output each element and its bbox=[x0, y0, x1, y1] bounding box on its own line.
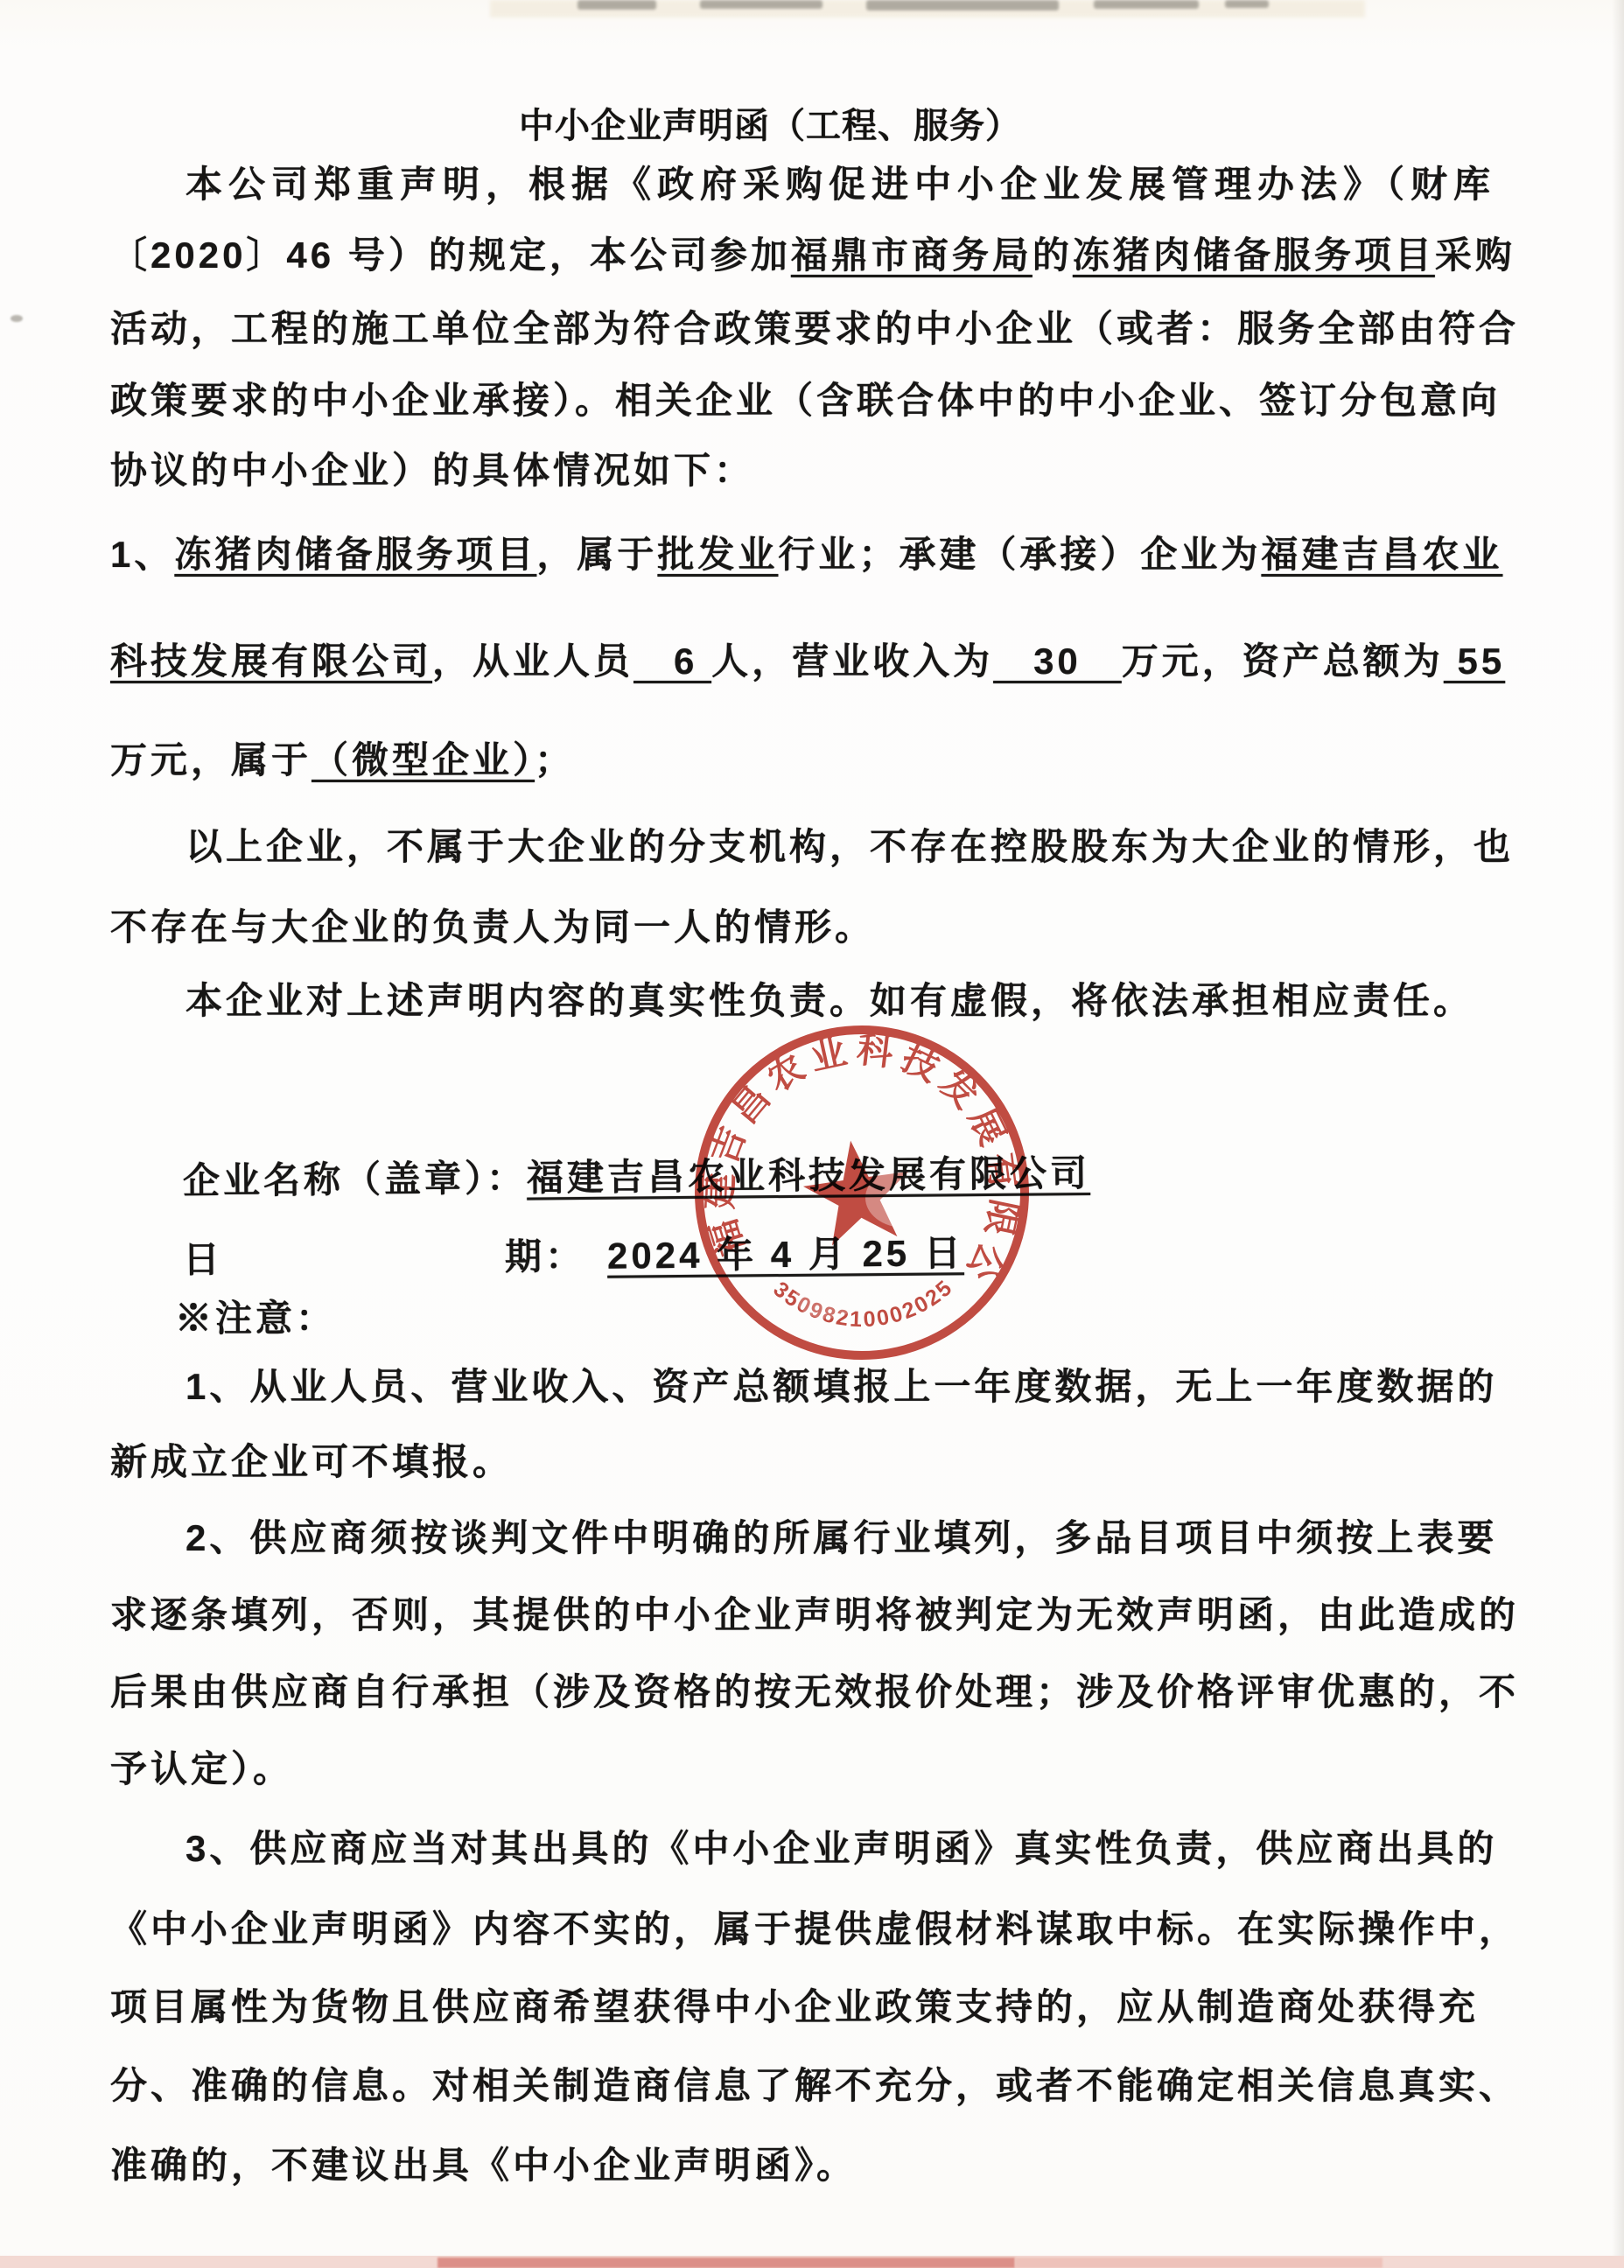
seal-company-text: 福建吉昌农业科技发展有限公司 bbox=[699, 1029, 1025, 1293]
text-segment: 〔2020〕46 号）的规定，本公司参加 bbox=[110, 234, 791, 276]
scan-artifact bbox=[1225, 0, 1269, 8]
text-segment: 采购 bbox=[1435, 234, 1515, 276]
text-line: 3、供应商应当对其出具的《中小企业声明函》真实性负责，供应商出具的 bbox=[185, 1826, 1497, 1872]
scan-edge-shading bbox=[1612, 0, 1624, 2268]
text-segment: 以上企业，不属于大企业的分支机构，不存在控股股东为大企业的情形，也 bbox=[185, 826, 1514, 867]
text-segment: 不存在与大企业的负责人为同一人的情形。 bbox=[110, 906, 875, 948]
text-line: 政策要求的中小企业承接）。相关企业（含联合体中的中小企业、签订分包意向 bbox=[110, 378, 1501, 423]
underlined-text: 批发业 bbox=[657, 534, 778, 575]
text-segment: 日 期： bbox=[183, 1235, 607, 1280]
text-line: 本公司郑重声明，根据《政府采购促进中小企业发展管理办法》（财库 bbox=[185, 162, 1496, 207]
document-page: 中小企业声明函（工程、服务） 本公司郑重声明，根据《政府采购促进中小企业发展管理… bbox=[0, 0, 1624, 2268]
text-segment: ； bbox=[535, 739, 575, 780]
text-segment: 求逐条填列，否则，其提供的中小企业声明将被判定为无效声明函，由此造成的 bbox=[110, 1594, 1519, 1635]
text-line: 不存在与大企业的负责人为同一人的情形。 bbox=[110, 905, 875, 950]
seal-ink-fade bbox=[795, 1277, 858, 1319]
scan-bottom-edge bbox=[437, 2257, 1015, 2268]
text-line: 科技发展有限公司，从业人员 6 人，营业收入为 30 万元，资产总额为 55 bbox=[110, 639, 1505, 684]
scan-artifact bbox=[1094, 0, 1199, 9]
underlined-text: 55 bbox=[1444, 640, 1505, 682]
text-segment: 人，营业收入为 bbox=[711, 640, 993, 682]
text-segment: 《中小企业声明函》内容不实的，属于提供虚假材料谋取中标。在实际操作中， bbox=[110, 1908, 1519, 1949]
text-line: 准确的，不建议出具《中小企业声明函》。 bbox=[110, 2143, 857, 2188]
text-line: 予认定）。 bbox=[110, 1746, 293, 1792]
text-segment: 3、供应商应当对其出具的《中小企业声明函》真实性负责，供应商出具的 bbox=[185, 1828, 1497, 1869]
text-line: 2、供应商须按谈判文件中明确的所属行业填列，多品目项目中须按上表要 bbox=[185, 1515, 1497, 1561]
underlined-text: 冻猪肉储备服务项目 bbox=[1073, 234, 1435, 276]
seal-ink-fade bbox=[865, 1168, 942, 1228]
text-line: 求逐条填列，否则，其提供的中小企业声明将被判定为无效声明函，由此造成的 bbox=[110, 1592, 1519, 1638]
text-segment: 项目属性为货物且供应商希望获得中小企业政策支持的，应从制造商处获得充 bbox=[110, 1986, 1479, 2027]
underlined-text: 福鼎市商务局 bbox=[791, 234, 1032, 276]
underlined-text: 冻猪肉储备服务项目 bbox=[174, 534, 536, 575]
text-segment: 予认定）。 bbox=[110, 1748, 293, 1789]
scan-artifact bbox=[10, 315, 23, 322]
scan-artifact bbox=[490, 0, 1365, 17]
scan-artifact bbox=[700, 0, 822, 9]
text-line: 《中小企业声明函》内容不实的，属于提供虚假材料谋取中标。在实际操作中， bbox=[110, 1907, 1519, 1952]
text-line: 以上企业，不属于大企业的分支机构，不存在控股股东为大企业的情形，也 bbox=[185, 824, 1514, 870]
scan-artifact bbox=[577, 0, 656, 10]
text-line: 〔2020〕46 号）的规定，本公司参加福鼎市商务局的冻猪肉储备服务项目采购 bbox=[110, 233, 1515, 278]
text-segment: 活动，工程的施工单位全部为符合政策要求的中小企业（或者：服务全部由符合 bbox=[110, 308, 1519, 349]
text-segment: 准确的，不建议出具《中小企业声明函》。 bbox=[110, 2145, 857, 2186]
text-line: 活动，工程的施工单位全部为符合政策要求的中小企业（或者：服务全部由符合 bbox=[110, 306, 1519, 352]
text-segment: 万元，资产总额为 bbox=[1122, 640, 1444, 682]
text-segment: 分、准确的信息。对相关制造商信息了解不充分，或者不能确定相关信息真实、 bbox=[110, 2065, 1519, 2106]
text-segment: 的 bbox=[1032, 234, 1073, 276]
text-line: 万元，属于（微型企业）； bbox=[110, 738, 575, 783]
text-segment: 后果由供应商自行承担（涉及资格的按无效报价处理；涉及价格评审优惠的，不 bbox=[110, 1671, 1519, 1712]
scan-bottom-edge bbox=[1015, 2257, 1382, 2268]
document-title: 中小企业声明函（工程、服务） bbox=[0, 98, 1540, 148]
company-seal-stamp: 福建吉昌农业科技发展有限公司 35098210002025 bbox=[656, 987, 1067, 1398]
text-line: 分、准确的信息。对相关制造商信息了解不充分，或者不能确定相关信息真实、 bbox=[110, 2063, 1519, 2109]
text-segment: 企业名称（盖章）： bbox=[183, 1158, 527, 1201]
text-segment: 新成立企业可不填报。 bbox=[110, 1441, 513, 1482]
text-segment: ，从业人员 bbox=[432, 640, 633, 682]
text-segment: ※注意： bbox=[175, 1298, 336, 1339]
scan-artifact bbox=[866, 0, 1059, 10]
text-segment: 协议的中小企业）的具体情况如下： bbox=[110, 450, 754, 491]
underlined-text: 科技发展有限公司 bbox=[110, 640, 432, 682]
underlined-text: 30 bbox=[993, 640, 1122, 682]
notes-heading: ※注意： bbox=[175, 1296, 336, 1341]
text-line: 项目属性为货物且供应商希望获得中小企业政策支持的，应从制造商处获得充 bbox=[110, 1984, 1479, 2030]
text-segment: 政策要求的中小企业承接）。相关企业（含联合体中的中小企业、签订分包意向 bbox=[110, 380, 1501, 421]
scan-bottom-edge bbox=[0, 2256, 1624, 2268]
underlined-text: 6 bbox=[633, 640, 711, 682]
text-line: 协议的中小企业）的具体情况如下： bbox=[110, 448, 754, 493]
text-line: 后果由供应商自行承担（涉及资格的按无效报价处理；涉及价格评审优惠的，不 bbox=[110, 1669, 1519, 1715]
text-segment: 行业；承建（承接）企业为 bbox=[778, 534, 1261, 575]
text-segment: 万元，属于 bbox=[110, 739, 311, 780]
text-segment: 1、 bbox=[110, 534, 174, 575]
underlined-text: 福建吉昌农业 bbox=[1261, 534, 1502, 575]
text-segment: 2、供应商须按谈判文件中明确的所属行业填列，多品目项目中须按上表要 bbox=[185, 1517, 1497, 1558]
text-segment: 本公司郑重声明，根据《政府采购促进中小企业发展管理办法》（财库 bbox=[185, 164, 1496, 205]
text-line: 新成立企业可不填报。 bbox=[110, 1439, 513, 1485]
text-line: 1、冻猪肉储备服务项目，属于批发业行业；承建（承接）企业为福建吉昌农业 bbox=[110, 532, 1502, 577]
underlined-text: （微型企业） bbox=[311, 739, 535, 780]
text-segment: ，属于 bbox=[536, 534, 657, 575]
